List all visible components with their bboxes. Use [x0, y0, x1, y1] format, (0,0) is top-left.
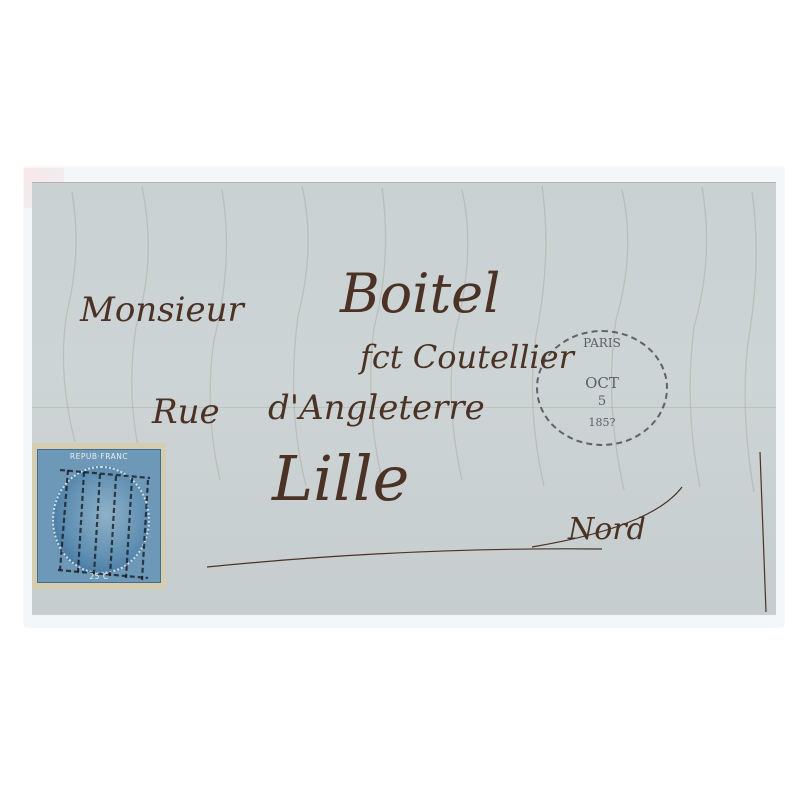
- grid-cancel-icon: [38, 450, 160, 582]
- ceres-stamp: REPUB·FRANC 25 C: [32, 443, 166, 589]
- stamp-frame: REPUB·FRANC 25 C: [37, 449, 161, 583]
- postmark-day: 5: [538, 394, 666, 409]
- address-street-prefix: Rue: [152, 392, 220, 432]
- address-salutation: Monsieur: [80, 290, 244, 330]
- address-city: Lille: [272, 442, 409, 515]
- stamp-value: 25 C: [38, 572, 160, 581]
- address-name: Boitel: [340, 262, 500, 325]
- postmark-city: PARIS: [538, 336, 666, 350]
- paris-postmark: PARIS OCT 5 185?: [536, 330, 668, 446]
- address-street: d'Angleterre: [268, 388, 485, 428]
- postmark-month: OCT: [538, 374, 666, 392]
- address-region: Nord: [568, 512, 646, 547]
- postmark-year: 185?: [538, 416, 666, 429]
